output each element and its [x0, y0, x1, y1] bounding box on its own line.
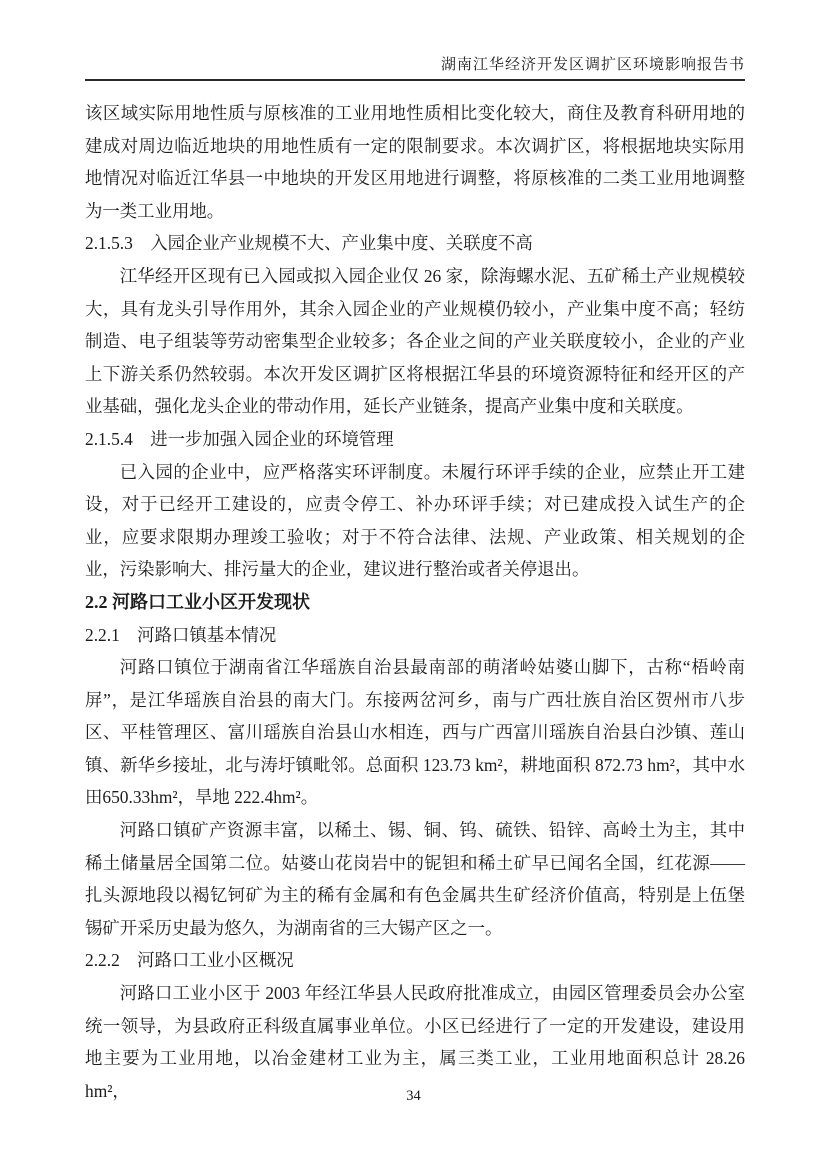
header-title: 湖南江华经济开发区调扩区环境影响报告书: [441, 57, 745, 73]
section-heading-2-1-5-3: 2.1.5.3 入园企业产业规模不大、产业集中度、关联度不高: [85, 227, 745, 260]
paragraph-enterprise-scale: 江华经开区现有已入园或拟入园企业仅 26 家，除海螺水泥、五矿稀土产业规模较大，…: [85, 260, 745, 423]
section-heading-2-1-5-4: 2.1.5.4 进一步加强入园企业的环境管理: [85, 423, 745, 456]
section-heading-2-2-2: 2.2.2 河路口工业小区概况: [85, 944, 745, 977]
paragraph-environment-management: 已入园的企业中，应严格落实环评制度。未履行环评手续的企业，应禁止开工建设，对于已…: [85, 456, 745, 586]
page-footer: 34: [0, 1086, 827, 1106]
page-header: 湖南江华经济开发区调扩区环境影响报告书: [85, 55, 745, 81]
document-page: 湖南江华经济开发区调扩区环境影响报告书 该区域实际用地性质与原核准的工业用地性质…: [0, 0, 827, 1169]
page-number: 34: [406, 1088, 421, 1104]
section-heading-2-2-1: 2.2.1 河路口镇基本情况: [85, 619, 745, 652]
paragraph-land-use-adjustment: 该区域实际用地性质与原核准的工业用地性质相比变化较大，商住及教育科研用地的建成对…: [85, 97, 745, 227]
paragraph-heluokou-town-overview: 河路口镇位于湖南省江华瑶族自治县最南部的萌渚岭姑婆山脚下，古称“梧岭南屏”，是江…: [85, 651, 745, 814]
section-heading-2-2: 2.2 河路口工业小区开发现状: [85, 586, 745, 619]
document-body: 该区域实际用地性质与原核准的工业用地性质相比变化较大，商住及教育科研用地的建成对…: [85, 97, 745, 1107]
paragraph-mineral-resources: 河路口镇矿产资源丰富，以稀土、锡、铜、钨、硫铁、铅锌、高岭土为主，其中稀土储量居…: [85, 814, 745, 944]
